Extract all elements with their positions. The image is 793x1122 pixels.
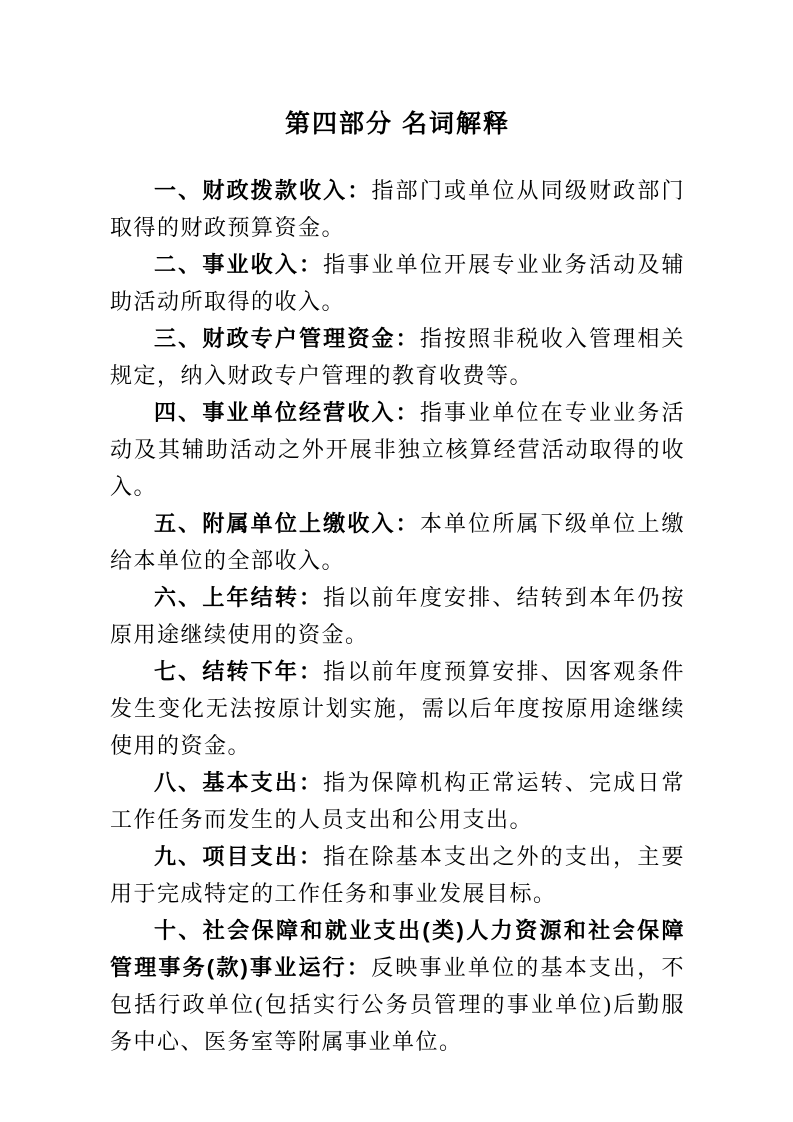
document-page: 第四部分 名词解释 一、财政拨款收入：指部门或单位从同级财政部门取得的财政预算资… <box>0 0 793 1122</box>
term-label: 三、财政专户管理资金： <box>154 326 420 351</box>
page-title: 第四部分 名词解释 <box>110 106 685 142</box>
term-label: 二、事业收入： <box>154 252 323 277</box>
definition-item-2: 二、事业收入：指事业单位开展专业业务活动及辅助活动所取得的收入。 <box>110 246 685 320</box>
term-label: 八、基本支出： <box>154 770 323 795</box>
definition-item-3: 三、财政专户管理资金：指按照非税收入管理相关规定，纳入财政专户管理的教育收费等。 <box>110 320 685 394</box>
definition-item-8: 八、基本支出：指为保障机构正常运转、完成日常工作任务而发生的人员支出和公用支出。 <box>110 764 685 838</box>
definition-item-1: 一、财政拨款收入：指部门或单位从同级财政部门取得的财政预算资金。 <box>110 172 685 246</box>
term-label: 五、附属单位上缴收入： <box>154 511 420 536</box>
definition-item-7: 七、结转下年：指以前年度预算安排、因客观条件发生变化无法按原计划实施，需以后年度… <box>110 653 685 764</box>
term-label: 四、事业单位经营收入： <box>154 400 420 425</box>
definition-item-9: 九、项目支出：指在除基本支出之外的支出，主要用于完成特定的工作任务和事业发展目标… <box>110 838 685 912</box>
definition-item-5: 五、附属单位上缴收入：本单位所属下级单位上缴给本单位的全部收入。 <box>110 505 685 579</box>
term-label: 一、财政拨款收入： <box>154 178 372 203</box>
term-label: 九、项目支出： <box>154 844 323 869</box>
definition-item-6: 六、上年结转：指以前年度安排、结转到本年仍按原用途继续使用的资金。 <box>110 579 685 653</box>
definition-item-4: 四、事业单位经营收入：指事业单位在专业业务活动及其辅助活动之外开展非独立核算经营… <box>110 394 685 505</box>
term-label: 七、结转下年： <box>154 659 323 684</box>
definition-item-10: 十、社会保障和就业支出(类)人力资源和社会保障管理事务(款)事业运行：反映事业单… <box>110 912 685 1060</box>
term-label: 六、上年结转： <box>154 585 323 610</box>
